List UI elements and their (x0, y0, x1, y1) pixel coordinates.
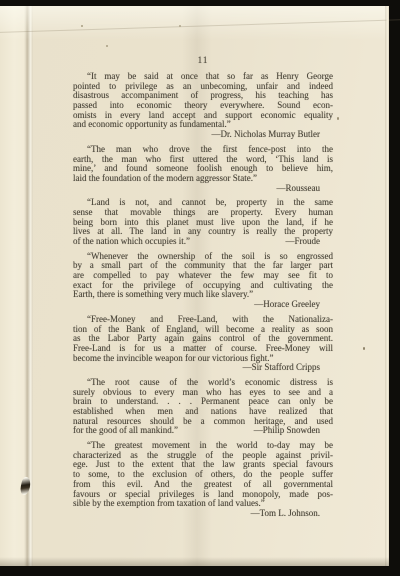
quote-attribution: —Tom L. Johnson. (73, 509, 333, 519)
paper-speck (106, 45, 108, 47)
page-right-edge (385, 6, 389, 566)
quote-attribution: —Sir Stafford Cripps (73, 363, 333, 373)
page-text: 11 “It may be said at once that so far a… (73, 55, 333, 519)
quote-3: “Land is not, and cannot be, property in… (73, 198, 333, 246)
quote-attribution: —Philip Snowden (254, 426, 333, 436)
quote-line-text: for the good of all mankind.” (73, 426, 178, 436)
quote-5: “Free-Money and Free-Land, with the Nati… (73, 315, 333, 373)
quote-4: “Whenever the ownership of the soil is s… (73, 252, 333, 310)
paper-speck (337, 117, 339, 120)
quote-6: “The root cause of the world’s economic … (73, 378, 333, 436)
quote-attribution: —Dr. Nicholas Murray Butler (73, 130, 333, 140)
quote-attribution: —Horace Greeley (73, 300, 333, 310)
quote-attribution: —Froude (286, 237, 334, 247)
page-bottom-shadow (0, 557, 389, 566)
paper-speck (179, 25, 181, 27)
quote-2: “The man who drove the first fence-post … (73, 145, 333, 193)
paper-speck (81, 25, 83, 27)
book-photo: 11 “It may be said at once that so far a… (0, 0, 400, 576)
quote-line-text: of the nation which occupies it.” (73, 237, 190, 247)
quote-line: for the good of all mankind.”—Philip Sno… (73, 426, 333, 436)
quote-attribution: —Rousseau (73, 184, 333, 194)
quotes: “It may be said at once that so far as H… (73, 72, 333, 519)
quote-7: “The greatest movement in the world to-d… (73, 441, 333, 519)
page-number: 11 (73, 55, 333, 65)
paper-speck (363, 347, 365, 350)
page-top-sheen (0, 6, 389, 40)
quote-1: “It may be said at once that so far as H… (73, 72, 333, 140)
book-page: 11 “It may be said at once that so far a… (0, 6, 389, 566)
quote-line: of the nation which occupies it.”—Froude (73, 237, 333, 247)
